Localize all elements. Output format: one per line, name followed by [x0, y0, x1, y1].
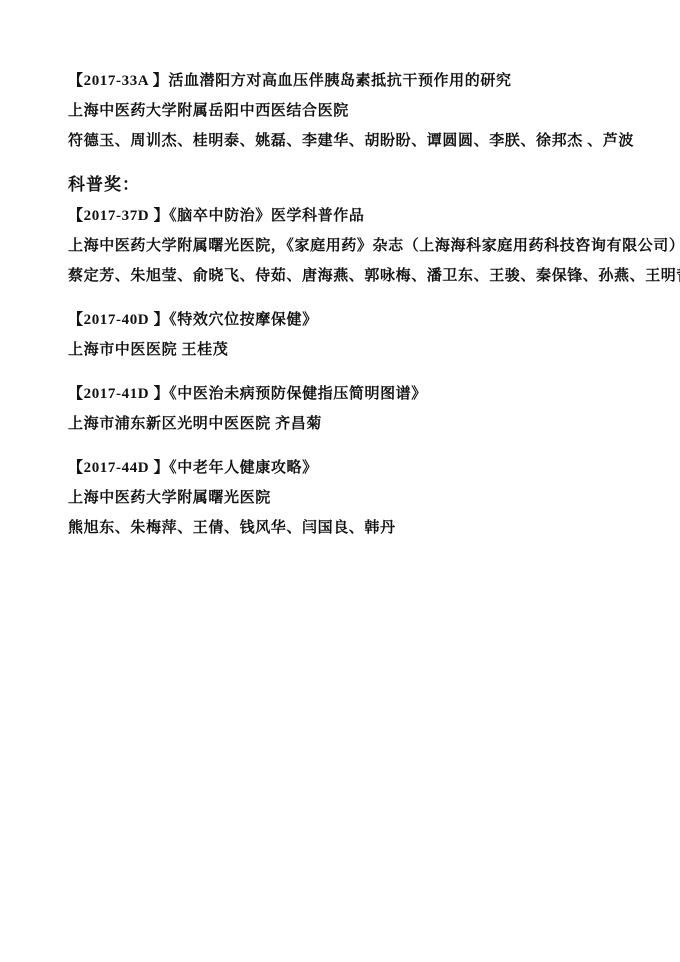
- award-institution: 上海中医药大学附属岳阳中西医结合医院: [68, 96, 644, 126]
- award-institution: 上海中医药大学附属曙光医院: [68, 483, 644, 513]
- award-entry-2017-44d: 【2017-44D 】《中老年人健康攻略》 上海中医药大学附属曙光医院 熊旭东、…: [68, 453, 644, 543]
- award-code-title: 【2017-40D 】《特效穴位按摩保健》: [68, 305, 644, 335]
- award-entry-2017-33a: 【2017-33A 】活血潜阳方对高血压伴胰岛素抵抗干预作用的研究 上海中医药大…: [68, 66, 644, 156]
- award-authors: 符德玉、周训杰、桂明泰、姚磊、李建华、胡盼盼、谭圆圆、李朕、徐邦杰 、芦波: [68, 126, 644, 156]
- award-institution-author: 上海市中医医院 王桂茂: [68, 335, 644, 365]
- award-entry-2017-40d: 【2017-40D 】《特效穴位按摩保健》 上海市中医医院 王桂茂: [68, 305, 644, 365]
- award-code-title: 【2017-33A 】活血潜阳方对高血压伴胰岛素抵抗干预作用的研究: [68, 66, 644, 96]
- award-code-title: 【2017-41D 】《中医治未病预防保健指压简明图谱》: [68, 379, 644, 409]
- award-institution-author: 上海市浦东新区光明中医医院 齐昌菊: [68, 409, 644, 439]
- award-entry-2017-37d: 【2017-37D 】《脑卒中防治》医学科普作品 上海中医药大学附属曙光医院，《…: [68, 201, 644, 291]
- document-page: 【2017-33A 】活血潜阳方对高血压伴胰岛素抵抗干预作用的研究 上海中医药大…: [0, 0, 680, 962]
- award-institution: 上海中医药大学附属曙光医院，《家庭用药》杂志（上海海科家庭用药科技咨询有限公司）: [68, 231, 644, 261]
- award-code-title: 【2017-37D 】《脑卒中防治》医学科普作品: [68, 201, 644, 231]
- award-entry-2017-41d: 【2017-41D 】《中医治未病预防保健指压简明图谱》 上海市浦东新区光明中医…: [68, 379, 644, 439]
- award-code-title: 【2017-44D 】《中老年人健康攻略》: [68, 453, 644, 483]
- award-authors: 熊旭东、朱梅萍、王倩、钱风华、闫国良、韩丹: [68, 513, 644, 543]
- section-heading-science-popularization-award: 科普奖：: [68, 170, 644, 200]
- award-authors: 蔡定芳、朱旭莹、俞晓飞、侍茹、唐海燕、郭咏梅、潘卫东、王骏、秦保锋、孙燕、王明哲: [68, 261, 644, 291]
